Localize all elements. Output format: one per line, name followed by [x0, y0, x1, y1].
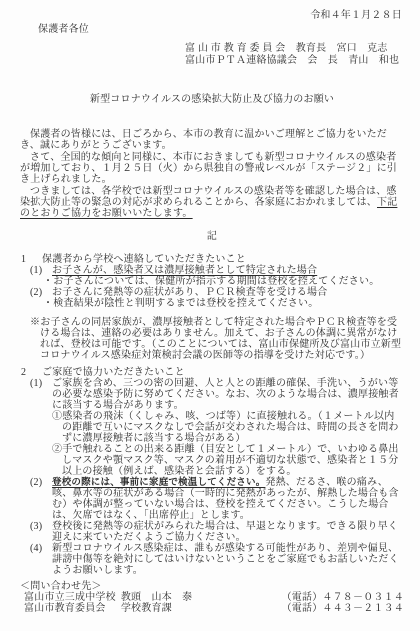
sender-line-pta-council: 富山市ＰＴＡ連絡協議会 会 長 青山 和也	[185, 55, 404, 67]
section1-item-1-text: お子さんが、感染者又は濃厚接触者として特定された場合	[52, 265, 317, 276]
contact-rows: 富山市立三成中学校 教頭 山本 泰 （電話）４７８－０３１４ 富山市教育委員会 …	[24, 592, 404, 614]
section2-item-1-text: ご家族を含め、三つの密の回避、人と人との距離の確保、手洗い、うがい等の必要な感染…	[52, 378, 399, 411]
section2-item-4-text: 新型コロナウイルス感染症は、誰もが感染する可能性があり、差別や偏見、誹謗中傷等を…	[52, 543, 399, 576]
section2-item-3-label: (3)	[30, 521, 52, 532]
paragraph-situation: さて、全国的な傾向と同様に、本市におきましても新型コロナウイルスの感染者が増加し…	[20, 152, 404, 185]
contact-row-school: 富山市立三成中学校 教頭 山本 泰 （電話）４７８－０３１４	[24, 592, 404, 603]
intro-paragraphs: 保護者の皆様には、日ごろから、本市の教育に温かいご理解とご協力をいただき、誠にあ…	[20, 129, 404, 219]
section1-item-2: (2)お子さんに発熱等の症状があり、ＰＣＲ検査等を受ける場合	[30, 287, 404, 298]
sender-block: 富 山 市 教 育 委 員 会 教育長 宮口 克志 富山市ＰＴＡ連絡協議会 会 …	[185, 43, 404, 66]
section2-item-1-label: (1)	[30, 378, 52, 389]
section2-item-3: (3)登校後に発熱等の症状がみられた場合は、早退となります。できる限り早く迎えに…	[30, 521, 404, 543]
section2-item-3-text: 登校後に発熱等の症状がみられた場合は、早退となります。できる限り早く迎えに来てい…	[52, 521, 398, 543]
section2-heading: 2ご家庭で協力いただきたいこと	[20, 367, 404, 378]
section2-item-1-condition-1: ①感染者の飛沫（くしゃみ、咳、つば等）に直接触れる。（１メートル以内の距離で互い…	[52, 411, 404, 444]
paragraph-greeting: 保護者の皆様には、日ごろから、本市の教育に温かいご理解とご協力をいただき、誠にあ…	[20, 129, 404, 151]
section1-heading-text: 保護者から学校へ連絡していただきたいこと	[42, 254, 246, 265]
contact-phone: （電話）４７８－０３１４	[282, 592, 404, 603]
section1-number: 1	[20, 254, 42, 265]
section1-item-1-label: (1)	[30, 265, 52, 276]
section2-heading-text: ご家庭で協力いただきたいこと	[42, 367, 185, 378]
section1-note: ※お子さんの同居家族が、濃厚接触者として特定された場合やＰＣＲ検査等を受ける場合…	[30, 317, 404, 361]
section1-item-1-bullet: ・お子さんについては、保健所が指示する期間は登校を控えてください。	[43, 276, 404, 287]
contact-org: 富山市教育委員会	[24, 603, 121, 614]
section2-item-1-condition-2: ②手で触れることの出来る距離（目安として１メートル）で、いわゆる鼻出しマスクや顎…	[52, 444, 404, 477]
section2-item-2: (2)登校の際には、事前に家庭で検温してください。発熱、だるさ、喉の痛み、咳、鼻…	[30, 477, 404, 521]
contact-row-board: 富山市教育委員会 学校教育課 （電話）４４３－２１３４	[24, 603, 404, 614]
contact-person: 教頭 山本 泰	[121, 592, 282, 603]
section2-item-2-label: (2)	[30, 477, 52, 488]
contact-heading: ＜問い合わせ先＞	[20, 581, 404, 592]
addressee: 保護者各位	[38, 24, 404, 35]
contact-person: 学校教育課	[121, 603, 282, 614]
section1-item-2-label: (2)	[30, 287, 52, 298]
section2-item-4-label: (4)	[30, 543, 52, 554]
section1-item-2-bullet: ・検査結果が陰性と判明するまでは登校を控えてください。	[43, 298, 404, 309]
section2-item-2-emphasis: 登校の際には、事前に家庭で検温してください。	[52, 477, 265, 488]
section2-item-1: (1)ご家族を含め、三つの密の回避、人と人との距離の確保、手洗い、うがい等の必要…	[30, 378, 404, 411]
contact-block: ＜問い合わせ先＞ 富山市立三成中学校 教頭 山本 泰 （電話）４７８－０３１４ …	[20, 581, 404, 614]
document-date: 令和４年１月２８日	[20, 10, 402, 21]
section2-number: 2	[20, 367, 42, 378]
contact-phone: （電話）４４３－２１３４	[282, 603, 404, 614]
section1-item-2-text: お子さんに発熱等の症状があり、ＰＣＲ検査等を受ける場合	[52, 287, 327, 298]
contact-org: 富山市立三成中学校	[24, 592, 121, 603]
section-home-cooperation: 2ご家庭で協力いただきたいこと (1)ご家族を含め、三つの密の回避、人と人との距…	[20, 367, 404, 576]
section-contact-school: 1保護者から学校へ連絡していただきたいこと (1)お子さんが、感染者又は濃厚接触…	[20, 254, 404, 361]
section2-item-4: (4)新型コロナウイルス感染症は、誰もが感染する可能性があり、差別や偏見、誹謗中…	[30, 543, 404, 576]
paragraph-request: つきましては、各学校では新型コロナウイルスの感染者等を確認した場合は、感染拡大防…	[20, 186, 404, 219]
section1-item-1: (1)お子さんが、感染者又は濃厚接触者として特定された場合	[30, 265, 404, 276]
document-title: 新型コロナウイルスの感染拡大防止及び協力のお願い	[20, 94, 404, 105]
paragraph-request-lead: つきましては、各学校では新型コロナウイルスの感染者等を確認した場合は、感染拡大防…	[20, 186, 397, 208]
section1-heading: 1保護者から学校へ連絡していただきたいこと	[20, 254, 404, 265]
sender-line-board-of-education: 富 山 市 教 育 委 員 会 教育長 宮口 克志	[185, 43, 404, 55]
ki-marker: 記	[20, 231, 404, 242]
document-page: 令和４年１月２８日 保護者各位 富 山 市 教 育 委 員 会 教育長 宮口 克…	[0, 0, 420, 631]
